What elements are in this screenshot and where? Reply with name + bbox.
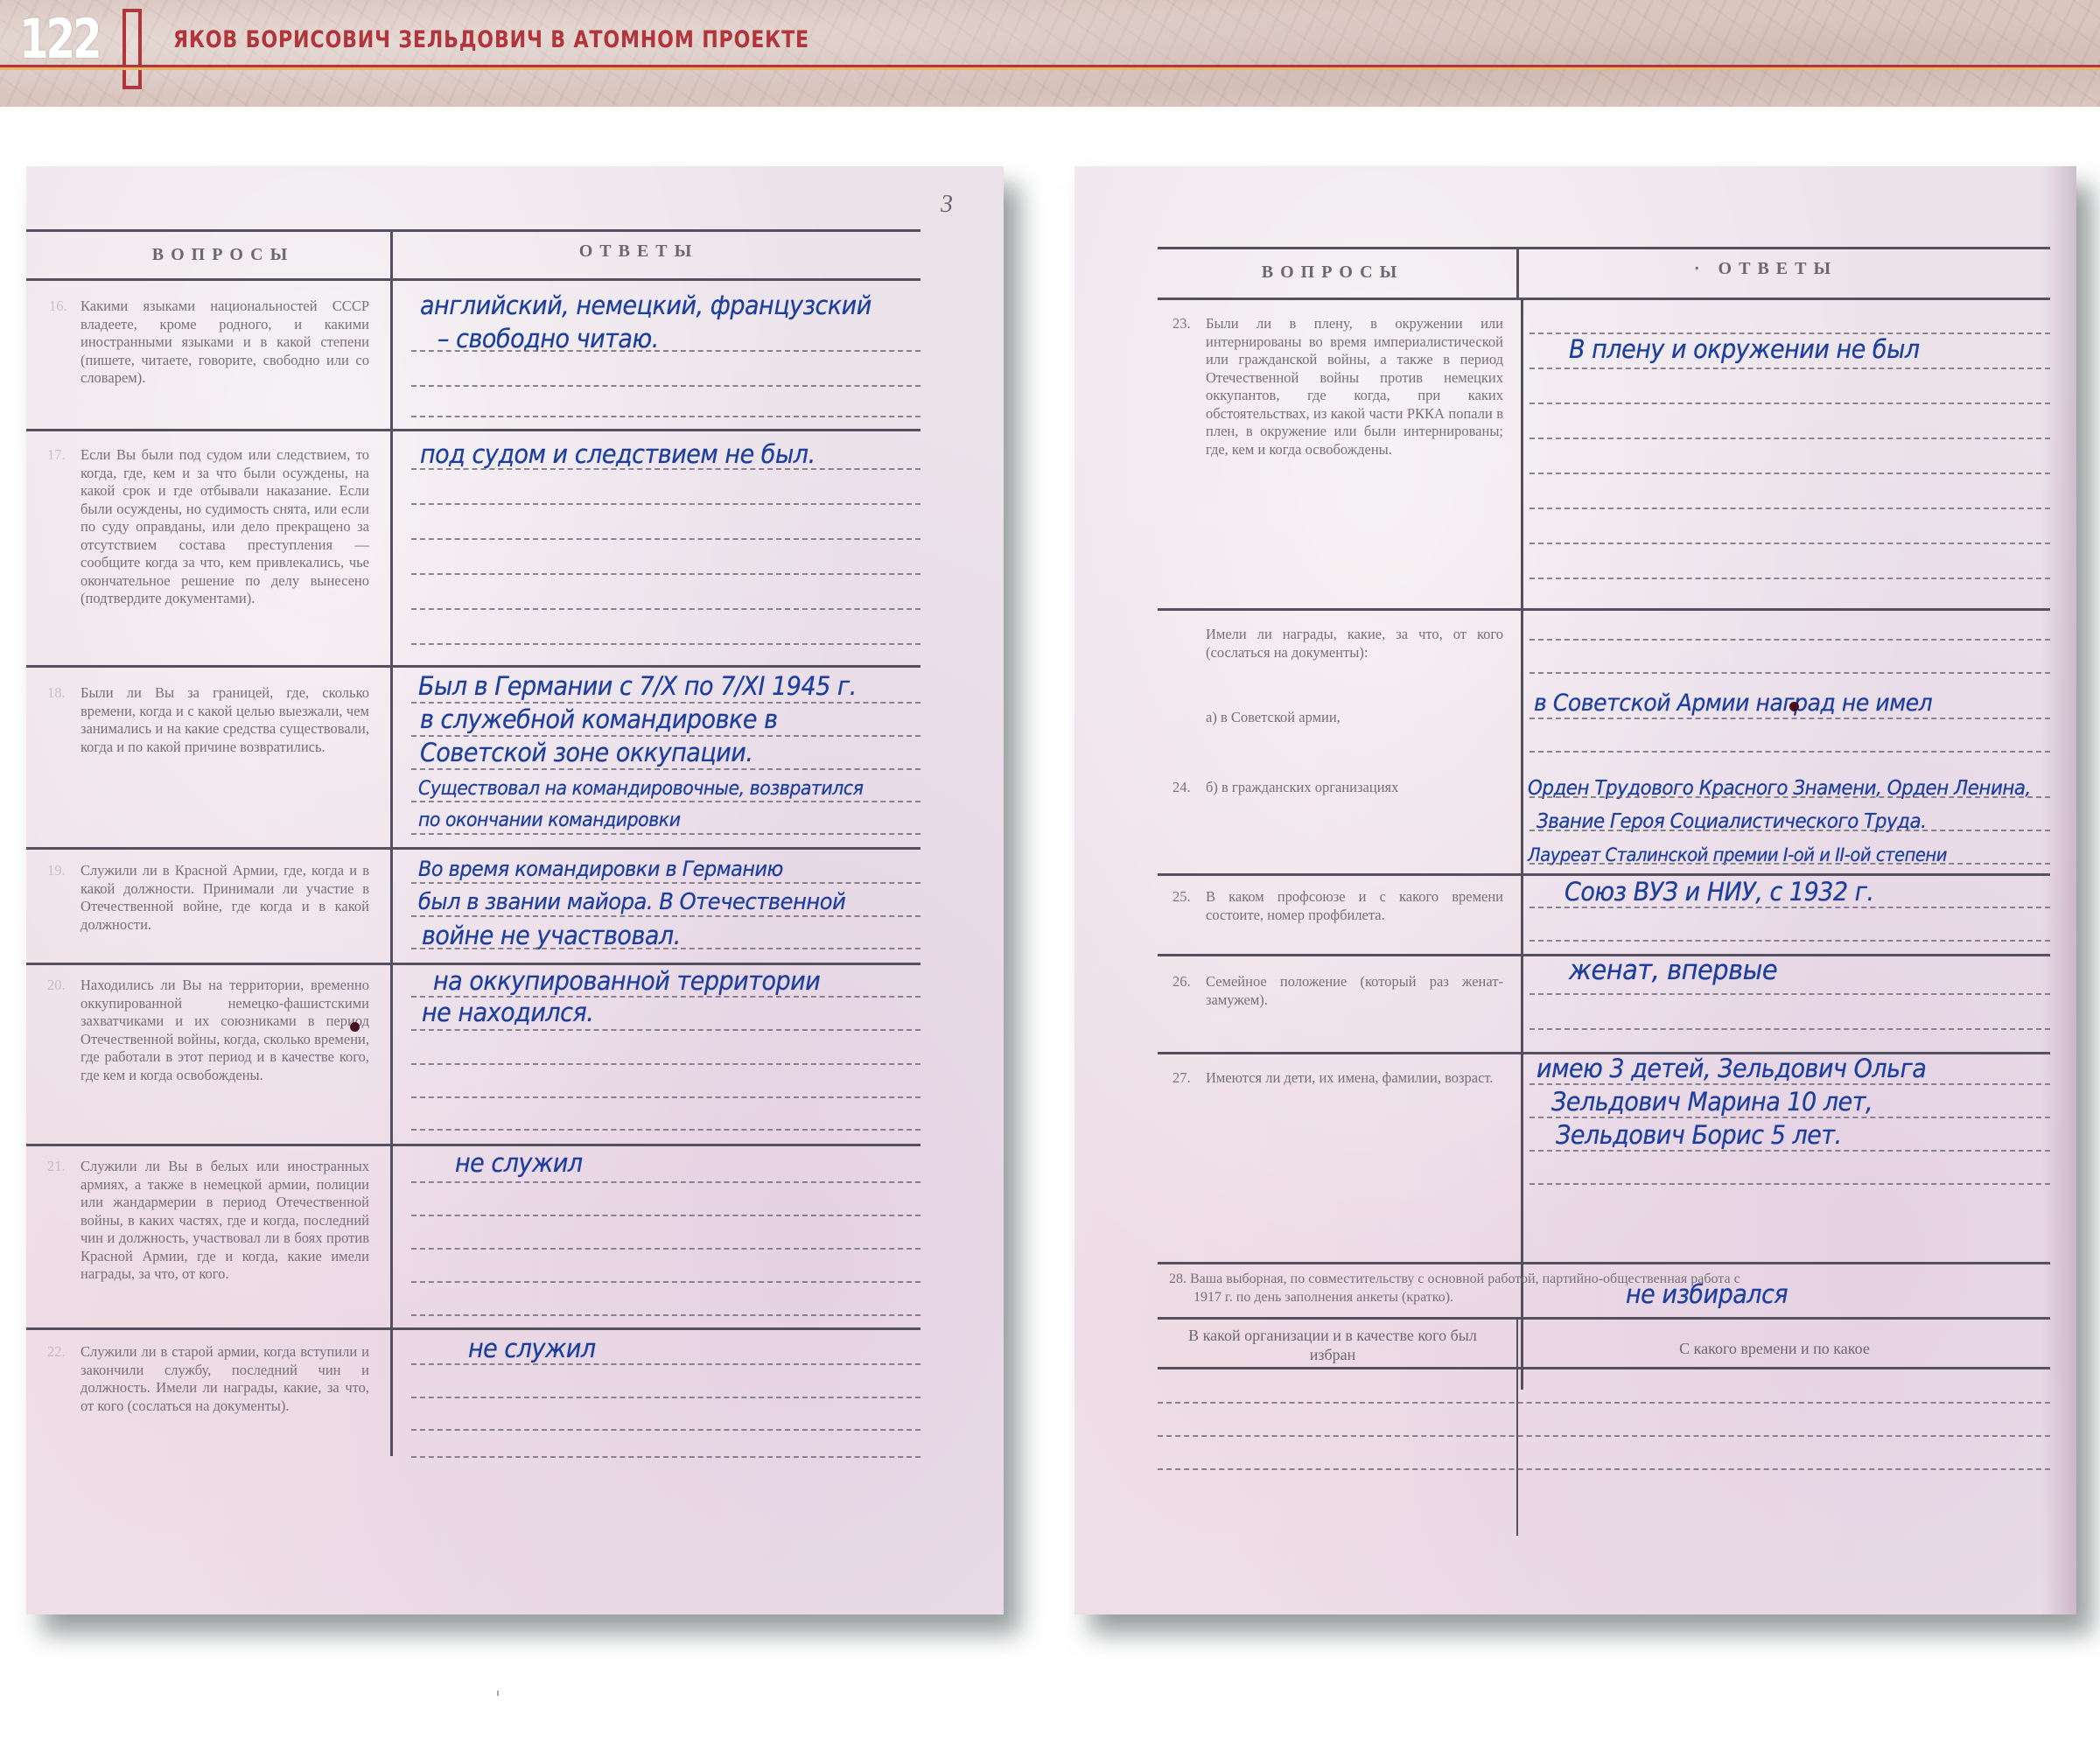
column-divider	[1516, 1317, 1518, 1536]
answer-line	[411, 1181, 920, 1183]
answer-line	[411, 538, 920, 540]
answer-line	[411, 702, 920, 704]
answer-line	[1529, 796, 2050, 798]
column-divider	[390, 229, 393, 1456]
divider	[26, 229, 920, 232]
answer-18-line-3: Советской зоне оккупации.	[420, 736, 752, 770]
answer-line	[411, 801, 920, 802]
question-20: 20. Находились ли Вы на территории, врем…	[80, 977, 369, 1084]
answer-line	[1529, 543, 2050, 544]
answer-27-line-2: Зельдович Марина 10 лет,	[1551, 1085, 1872, 1119]
ink-blot	[1789, 702, 1799, 711]
questionnaire-sheet-right: ВОПРОСЫ · ОТВЕТЫ 23. Были ли в плену, в …	[1074, 166, 2076, 1614]
answer-line	[1529, 863, 2050, 865]
answer-line	[411, 1029, 920, 1031]
answer-line	[1529, 751, 2050, 753]
answer-23-line-1: В плену и окружении не был	[1569, 333, 1920, 367]
divider	[26, 278, 920, 281]
answer-line	[411, 1397, 920, 1398]
divider	[1158, 298, 2050, 300]
answer-26-line-1: женат, впервые	[1569, 954, 1777, 988]
column-divider	[1516, 247, 1519, 299]
answer-line	[411, 996, 920, 998]
book-title: ЯКОВ БОРИСОВИЧ ЗЕЛЬДОВИЧ В АТОМНОМ ПРОЕК…	[173, 26, 809, 53]
page-annotation: 3	[941, 191, 953, 219]
question-22: 22. Служили ли в старой армии, когда вст…	[80, 1343, 369, 1415]
answer-line	[411, 1129, 920, 1131]
questionnaire-sheet-left: 3 ВОПРОСЫ ОТВЕТЫ 16. Какими языками наци…	[26, 166, 1004, 1614]
divider	[1158, 247, 2050, 249]
question-23: 23. Были ли в плену, в окружении или инт…	[1206, 315, 1503, 459]
header-bookmark-icon	[122, 9, 142, 89]
question-21: 21. Служили ли Вы в белых или иностранны…	[80, 1158, 369, 1284]
answer-line	[411, 768, 920, 770]
question-18: 18. Были ли Вы за границей, где, сколько…	[80, 684, 369, 756]
row-divider	[1158, 1317, 2050, 1320]
answer-line	[411, 385, 920, 387]
answer-line	[1529, 907, 2050, 908]
answer-line	[1529, 438, 2050, 439]
column-divider	[1521, 298, 1523, 1390]
answer-22-line-1: не служил	[468, 1332, 596, 1366]
answer-line	[1158, 1435, 2050, 1437]
question-25: 25. В каком профсоюзе и с какого времени…	[1206, 888, 1503, 924]
answer-28: не избирался	[1626, 1278, 1788, 1312]
question-19: 19. Служили ли в Красной Армии, где, ког…	[80, 862, 369, 934]
answer-line	[411, 1215, 920, 1216]
answer-line	[1529, 333, 2050, 334]
answer-line	[1529, 403, 2050, 404]
answer-line	[411, 915, 920, 917]
question-28: 28. Ваша выборная, по совместительству с…	[1169, 1271, 2070, 1306]
ink-blot	[350, 1022, 360, 1032]
question-awards-heading: Имели ли награды, какие, за что, от кого…	[1206, 626, 1503, 662]
column-header-answers: · ОТВЕТЫ	[1521, 259, 2011, 279]
page-number: 122	[19, 7, 100, 71]
answer-line	[411, 735, 920, 737]
answer-line	[1529, 368, 2050, 369]
answer-24-line-3: Лауреат Сталинской премии I-ой и II-ой с…	[1528, 838, 1947, 872]
answer-line	[1158, 1468, 2050, 1470]
row-divider	[1158, 1367, 2050, 1369]
answer-line	[1529, 1083, 2050, 1085]
column-header-answers: ОТВЕТЫ	[394, 242, 884, 262]
answer-line	[411, 1429, 920, 1431]
answer-line	[411, 833, 920, 835]
question-17: 17. Если Вы были под судом или следствие…	[80, 446, 369, 608]
answer-line	[411, 503, 920, 505]
answer-line	[1529, 508, 2050, 509]
answer-line	[1529, 578, 2050, 579]
answer-line	[411, 1063, 920, 1065]
answer-line	[1529, 473, 2050, 474]
question-27: 27. Имеются ли дети, их имена, фамилии, …	[1206, 1069, 1503, 1088]
answer-line	[411, 416, 920, 417]
answer-24-line-2: Звание Героя Социалистического Труда.	[1536, 805, 1926, 839]
answer-line	[1529, 718, 2050, 719]
answer-line	[411, 350, 920, 352]
answer-16-line-1: английский, немецкий, французский	[420, 289, 871, 323]
answer-line	[411, 948, 920, 949]
answer-line	[411, 468, 920, 470]
row-divider	[26, 847, 920, 850]
answer-line	[1529, 1117, 2050, 1118]
answer-line	[411, 1314, 920, 1316]
answer-line	[411, 608, 920, 610]
answer-line	[411, 573, 920, 575]
row-divider	[1158, 1262, 2050, 1264]
answer-line	[411, 1456, 920, 1458]
answer-line	[1529, 993, 2050, 995]
answer-27-line-3: Зельдович Борис 5 лет.	[1556, 1118, 1842, 1152]
question-awards-army: а) в Советской армии,	[1206, 709, 1503, 727]
answer-line	[411, 1248, 920, 1250]
answer-line	[411, 1281, 920, 1283]
answer-line	[1529, 1150, 2050, 1152]
row-divider	[1158, 608, 2050, 611]
answer-line	[1529, 830, 2050, 831]
answer-line	[1529, 639, 2050, 641]
answer-20-line-1: на оккупированной территории	[433, 964, 820, 998]
row-divider	[26, 429, 920, 431]
answer-17-line-1: под судом и следствием не был.	[420, 438, 815, 472]
answer-line	[411, 643, 920, 645]
answer-line	[1158, 1402, 2050, 1404]
table-header-organization: В какой организации и в качестве кого бы…	[1171, 1326, 1494, 1364]
answer-line	[1529, 1183, 2050, 1185]
row-divider	[26, 1327, 920, 1330]
answer-awards-army: в Советской Армии наград не имел	[1534, 686, 1932, 720]
column-header-questions: ВОПРОСЫ	[1158, 263, 1508, 283]
answer-line	[411, 882, 920, 884]
answer-27-line-1: имею 3 детей, Зельдович Ольга	[1536, 1052, 1926, 1086]
row-divider	[26, 665, 920, 668]
answer-line	[411, 1096, 920, 1098]
answer-20-line-2: не находился.	[422, 996, 593, 1030]
question-24: 24. б) в гражданских организациях	[1206, 779, 1503, 797]
book-header: 122 ЯКОВ БОРИСОВИЧ ЗЕЛЬДОВИЧ В АТОМНОМ П…	[0, 0, 2100, 107]
column-header-questions: ВОПРОСЫ	[79, 245, 367, 265]
answer-18-line-1: Был в Германии с 7/X по 7/XI 1945 г.	[418, 669, 857, 704]
answer-line	[1529, 672, 2050, 674]
table-header-period: С какого времени и по какое	[1529, 1339, 2019, 1358]
answer-line	[1529, 940, 2050, 942]
answer-line	[411, 1363, 920, 1365]
answer-25-line-1: Союз ВУЗ и НИУ, с 1932 г.	[1564, 875, 1874, 909]
print-speck	[497, 1691, 499, 1696]
answer-18-line-2: в служебной командировке в	[420, 703, 778, 737]
question-26: 26. Семейное положение (который раз жена…	[1206, 973, 1503, 1009]
answer-21-line-1: не служил	[455, 1146, 583, 1180]
answer-line	[1529, 1028, 2050, 1030]
answer-24-line-1: Орден Трудового Красного Знамени, Орден …	[1528, 772, 2031, 806]
question-16: 16. Какими языками национальностей СССР …	[80, 298, 369, 388]
header-rule	[0, 65, 2100, 67]
